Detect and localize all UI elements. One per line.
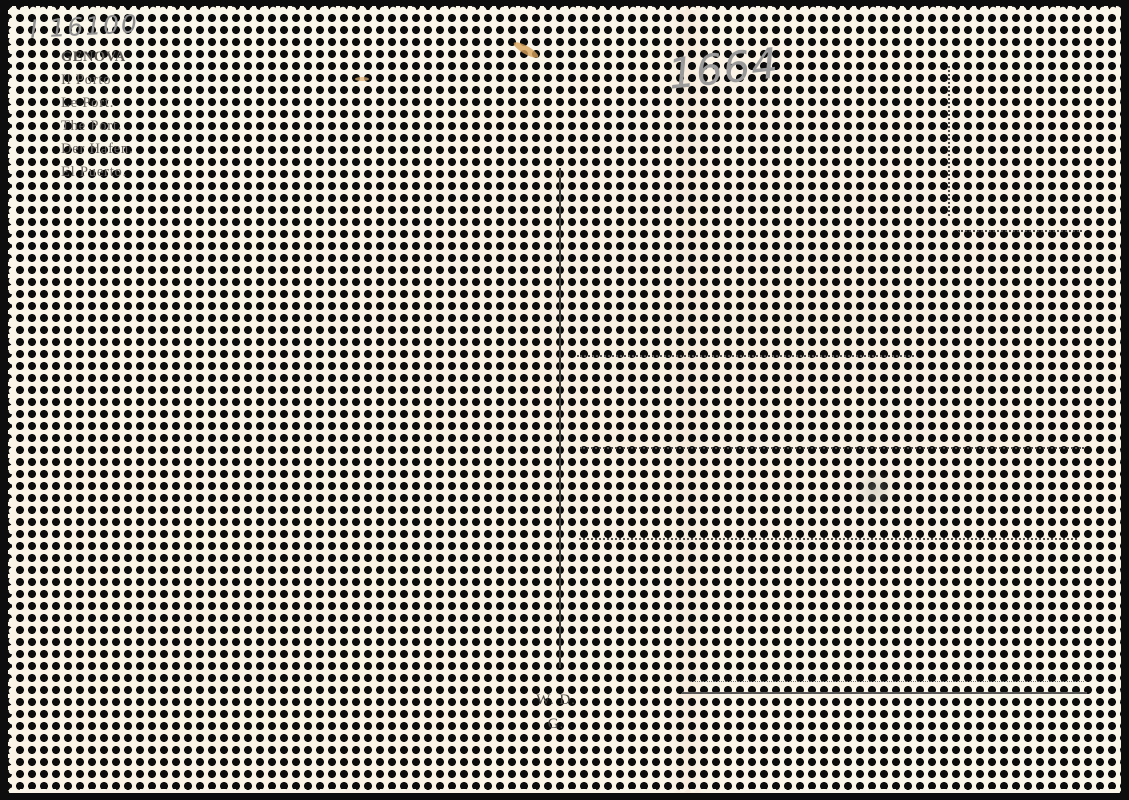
- caption-title: GENOVA: [61, 46, 133, 69]
- publisher-line-1: W. D.: [520, 688, 592, 712]
- publisher-line-2: G.: [520, 712, 592, 736]
- address-underline-solid: [682, 692, 1087, 694]
- stain-mark: [355, 77, 369, 81]
- caption-german: Der Hafen.: [61, 138, 133, 161]
- caption-block: GENOVA Il Porto Le Port. The Port. Der H…: [61, 46, 133, 184]
- postcard-back: [8, 6, 1121, 793]
- caption-french: Le Port.: [61, 92, 133, 115]
- stamp-box-vertical-guide: [948, 66, 950, 216]
- pencil-inventory-number: I 16100: [29, 9, 139, 44]
- address-line-3: [579, 538, 1077, 540]
- publisher-mark: W. D. G.: [520, 688, 592, 736]
- caption-italian: Il Porto: [61, 69, 133, 92]
- stamp-box-horizontal-guide: [958, 230, 1082, 232]
- address-line-2: [580, 447, 1084, 449]
- smudge-mark: [855, 470, 895, 510]
- caption-spanish: El Puerto.: [61, 161, 133, 184]
- address-line-4: [690, 681, 1084, 682]
- address-line-1: [577, 355, 914, 357]
- center-divider-line: [559, 168, 561, 668]
- caption-english: The Port.: [61, 115, 133, 138]
